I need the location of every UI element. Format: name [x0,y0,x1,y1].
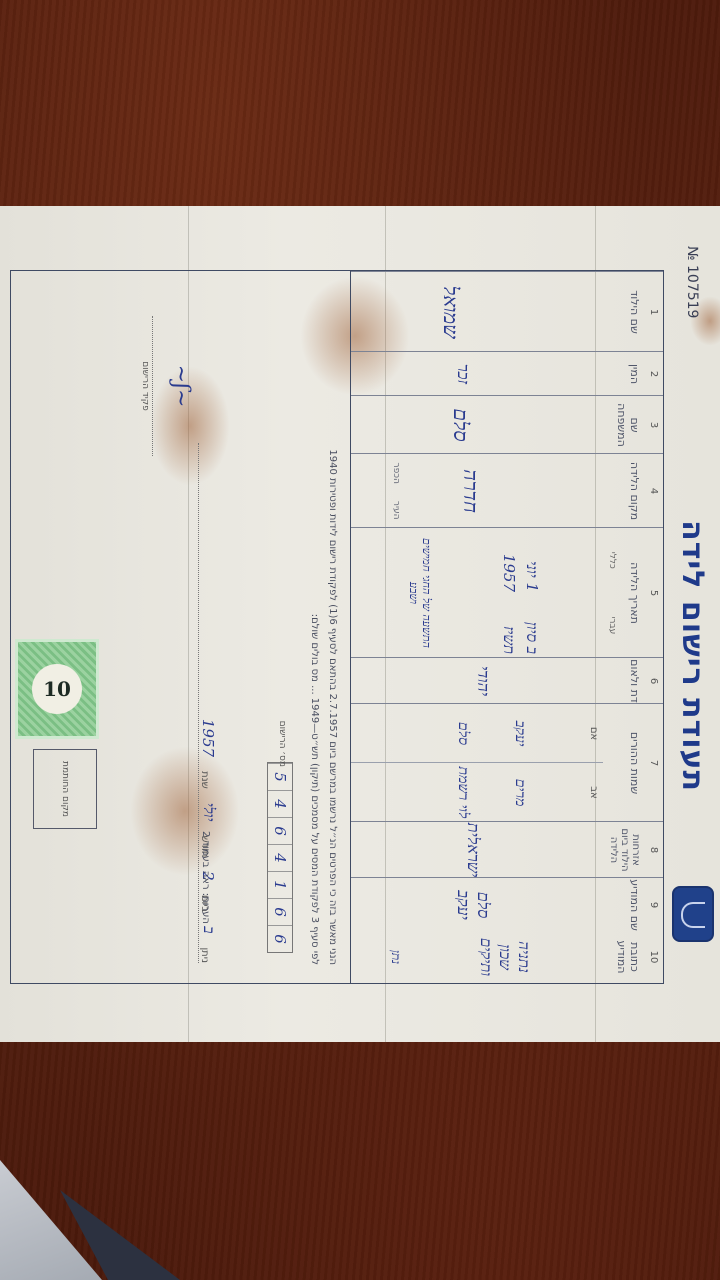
document-title: תעודת רישום לידה [675,520,710,792]
registrar-signature: ~ʃ~ [153,311,193,461]
stamp-value: 10 [32,664,82,714]
fields-grid: 1 שם הילוד שמואל 2 המין זכר 3 שם המשפחה … [351,271,663,983]
birthplace-value: חדרה [458,454,483,528]
first-name-value: שמואל [438,272,463,352]
state-emblem-menorah-icon [672,886,714,942]
sex-value: זכר [453,352,473,396]
informant-address-value: נתניה שכון ותיקים [476,931,533,983]
field-7-parents: 7 שמות ההורים אב מרים לוי רשמת אם יעקב ס… [351,703,663,822]
seal-box: מקום החותמת [33,749,97,829]
revenue-stamp: 10 [15,639,99,739]
father-names: אב מרים לוי רשמת [351,762,603,822]
registration-number: 5 4 6 4 1 6 6 [267,762,293,953]
birth-date-note: התשעה של החגי חמישים ושבע [407,530,433,656]
certificate-number: № 107519 [684,246,700,318]
family-name-value: סלם [448,396,473,454]
informant-name-value: סלם יעקב [453,878,493,932]
general-birth-date: 1 יוני 1957 [498,532,543,592]
field-5-birth-date: 5 תאריך הלידה עברי כללי ב סיון תשיז 1 יו… [351,527,663,658]
registrar-signature-block: ~ʃ~ פקיד הרישום [140,311,193,461]
hebrew-birth-date: ב סיון תשיז [498,594,543,654]
religion-value: יהודי [473,658,493,704]
certificate-number-value: 107519 [684,265,700,318]
citizenship-value: ישראלית [463,822,483,878]
field-2-sex: 2 המין זכר [351,351,663,396]
declaration-text: הנני מאשר בזה כי הפרטים הנ״ל נרשמו במרשם… [305,325,341,965]
birth-certificate: תעודת רישום לידה № 107519 1 שם הילוד שמו… [0,206,720,1042]
field-6-religion-nationality: 6 דת ולאום יהודי [351,657,663,704]
form-frame: 1 שם הילוד שמואל 2 המין זכר 3 שם המשפחה … [10,270,664,984]
fields-table: 1 שם הילוד שמואל 2 המין זכר 3 שם המשפחה … [350,271,663,983]
field-8-citizenship: 8 אזרחות הילוד ביום הלידה ישראלית [351,821,663,878]
field-10-informant-address: 10 כתובת המודיע נתניה שכון ותיקים נתן [351,931,663,983]
field-9-informant-name: 9 שם המודיע סלם יעקב [351,877,663,932]
field-3-family-name: 3 שם המשפחה סלם [351,395,663,454]
mother-names: אם יעקב סלם [351,704,603,763]
field-1-first-name: 1 שם הילוד שמואל [351,271,663,352]
footer-note: הערות: ראה בעמוד 2 [200,831,211,924]
field-4-birthplace: 4 מקום הלידה חדרה העיר הכפר [351,453,663,528]
registration-number-label: מס׳ הרישום [277,721,287,767]
